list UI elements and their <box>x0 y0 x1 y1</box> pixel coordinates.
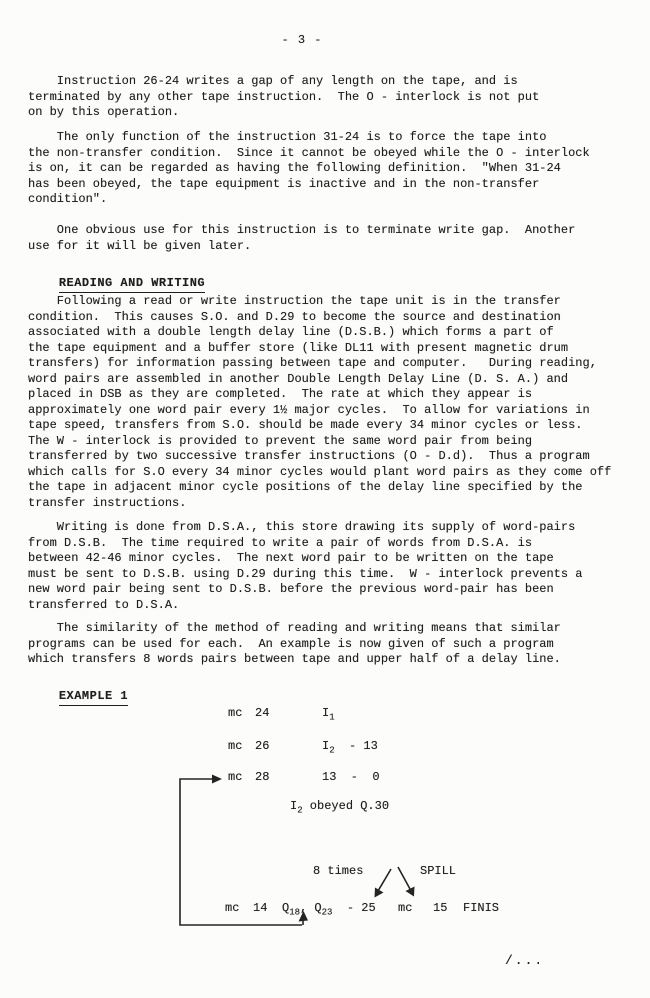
instruction-operand: I2 - 13 <box>322 739 378 755</box>
text-line: One obvious use for this instruction is … <box>28 223 628 239</box>
program-row-note: I2 obeyed Q.30 <box>0 799 650 816</box>
text-line: approximately one word pair every 1½ maj… <box>28 403 628 419</box>
instruction-operand: Q18, Q23 - 25 <box>282 901 376 917</box>
minor-cycle-number: 14 <box>253 901 267 917</box>
mc-label: mc <box>228 706 242 722</box>
program-row-labels: 8 times SPILL <box>0 864 650 881</box>
text-line: transfer instructions. <box>28 496 628 512</box>
down-right-arrowhead-icon <box>406 887 415 897</box>
obeyed-note: I2 obeyed Q.30 <box>290 799 389 815</box>
mc-label: mc <box>225 901 239 917</box>
text-line: programs can be used for each. An exampl… <box>28 637 628 653</box>
paragraph-instruction-26-24: Instruction 26-24 writes a gap of any le… <box>28 74 628 121</box>
text-line: on by this operation. <box>28 105 628 121</box>
minor-cycle-number-2: 15 <box>433 901 447 917</box>
text-line: transferred by two successive transfer i… <box>28 449 628 465</box>
text-line: the non-transfer condition. Since it can… <box>28 146 628 162</box>
text-line: is on, it can be regarded as having the … <box>28 161 628 177</box>
example-1-heading-text: EXAMPLE 1 <box>59 689 128 707</box>
program-row-mc24: mc 24 I1 <box>0 706 650 723</box>
text-line: which calls for S.O every 34 minor cycle… <box>28 465 628 481</box>
mc-label: mc <box>228 739 242 755</box>
text-line: the tape equipment and a buffer store (l… <box>28 341 628 357</box>
text-line: between 42-46 minor cycles. The next wor… <box>28 551 628 567</box>
program-row-mc28: mc 28 13 - 0 <box>0 770 650 787</box>
paragraph-following-read-write: Following a read or write instruction th… <box>28 294 628 511</box>
paragraph-writing-from-dsa: Writing is done from D.S.A., this store … <box>28 520 628 613</box>
paragraph-instruction-31-24: The only function of the instruction 31-… <box>28 130 628 208</box>
mc-label: mc <box>228 770 242 786</box>
paragraph-obvious-use: One obvious use for this instruction is … <box>28 223 628 254</box>
text-line: placed in DSB as they are completed. The… <box>28 387 628 403</box>
instruction-operand: I1 <box>322 706 335 722</box>
instruction-operand: 13 - 0 <box>322 770 380 786</box>
text-line: the tape in adjacent minor cycle positio… <box>28 480 628 496</box>
text-line: Writing is done from D.S.A., this store … <box>28 520 628 536</box>
text-line: terminated by any other tape instruction… <box>28 90 628 106</box>
down-left-arrowhead-icon <box>375 888 384 898</box>
text-line: has been obeyed, the tape equipment is i… <box>28 177 628 193</box>
text-line: condition". <box>28 192 628 208</box>
program-row-mc14: mc 14 Q18, Q23 - 25 mc 15 FINIS <box>0 901 650 918</box>
text-line: Following a read or write instruction th… <box>28 294 628 310</box>
minor-cycle-number: 24 <box>255 706 269 722</box>
text-line: The W - interlock is provided to prevent… <box>28 434 628 450</box>
continuation-mark: /... <box>505 953 544 969</box>
program-row-mc26: mc 26 I2 - 13 <box>0 739 650 756</box>
spill-label: SPILL <box>420 864 456 880</box>
text-line: use for it will be given later. <box>28 239 628 255</box>
text-line: condition. This causes S.O. and D.29 to … <box>28 310 628 326</box>
text-line: must be sent to D.S.B. using D.29 during… <box>28 567 628 583</box>
minor-cycle-number: 28 <box>255 770 269 786</box>
document-page: - 3 - Instruction 26-24 writes a gap of … <box>0 0 650 998</box>
text-line: The only function of the instruction 31-… <box>28 130 628 146</box>
text-line: tape speed, transfers from S.O. should b… <box>28 418 628 434</box>
section-heading-text: READING AND WRITING <box>59 276 205 294</box>
text-line: word pairs are assembled in another Doub… <box>28 372 628 388</box>
minor-cycle-number: 26 <box>255 739 269 755</box>
paragraph-similarity: The similarity of the method of reading … <box>28 621 628 668</box>
text-line: transferred to D.S.A. <box>28 598 628 614</box>
mc-label-2: mc <box>398 901 412 917</box>
text-line: transfers) for information passing betwe… <box>28 356 628 372</box>
text-line: new word pair being sent to D.S.B. befor… <box>28 582 628 598</box>
text-line: which transfers 8 words pairs between ta… <box>28 652 628 668</box>
text-line: from D.S.B. The time required to write a… <box>28 536 628 552</box>
times-label: 8 times <box>313 864 363 880</box>
text-line: associated with a double length delay li… <box>28 325 628 341</box>
finis-label: FINIS <box>463 901 499 917</box>
page-number: - 3 - <box>262 33 342 49</box>
text-line: Instruction 26-24 writes a gap of any le… <box>28 74 628 90</box>
text-line: The similarity of the method of reading … <box>28 621 628 637</box>
